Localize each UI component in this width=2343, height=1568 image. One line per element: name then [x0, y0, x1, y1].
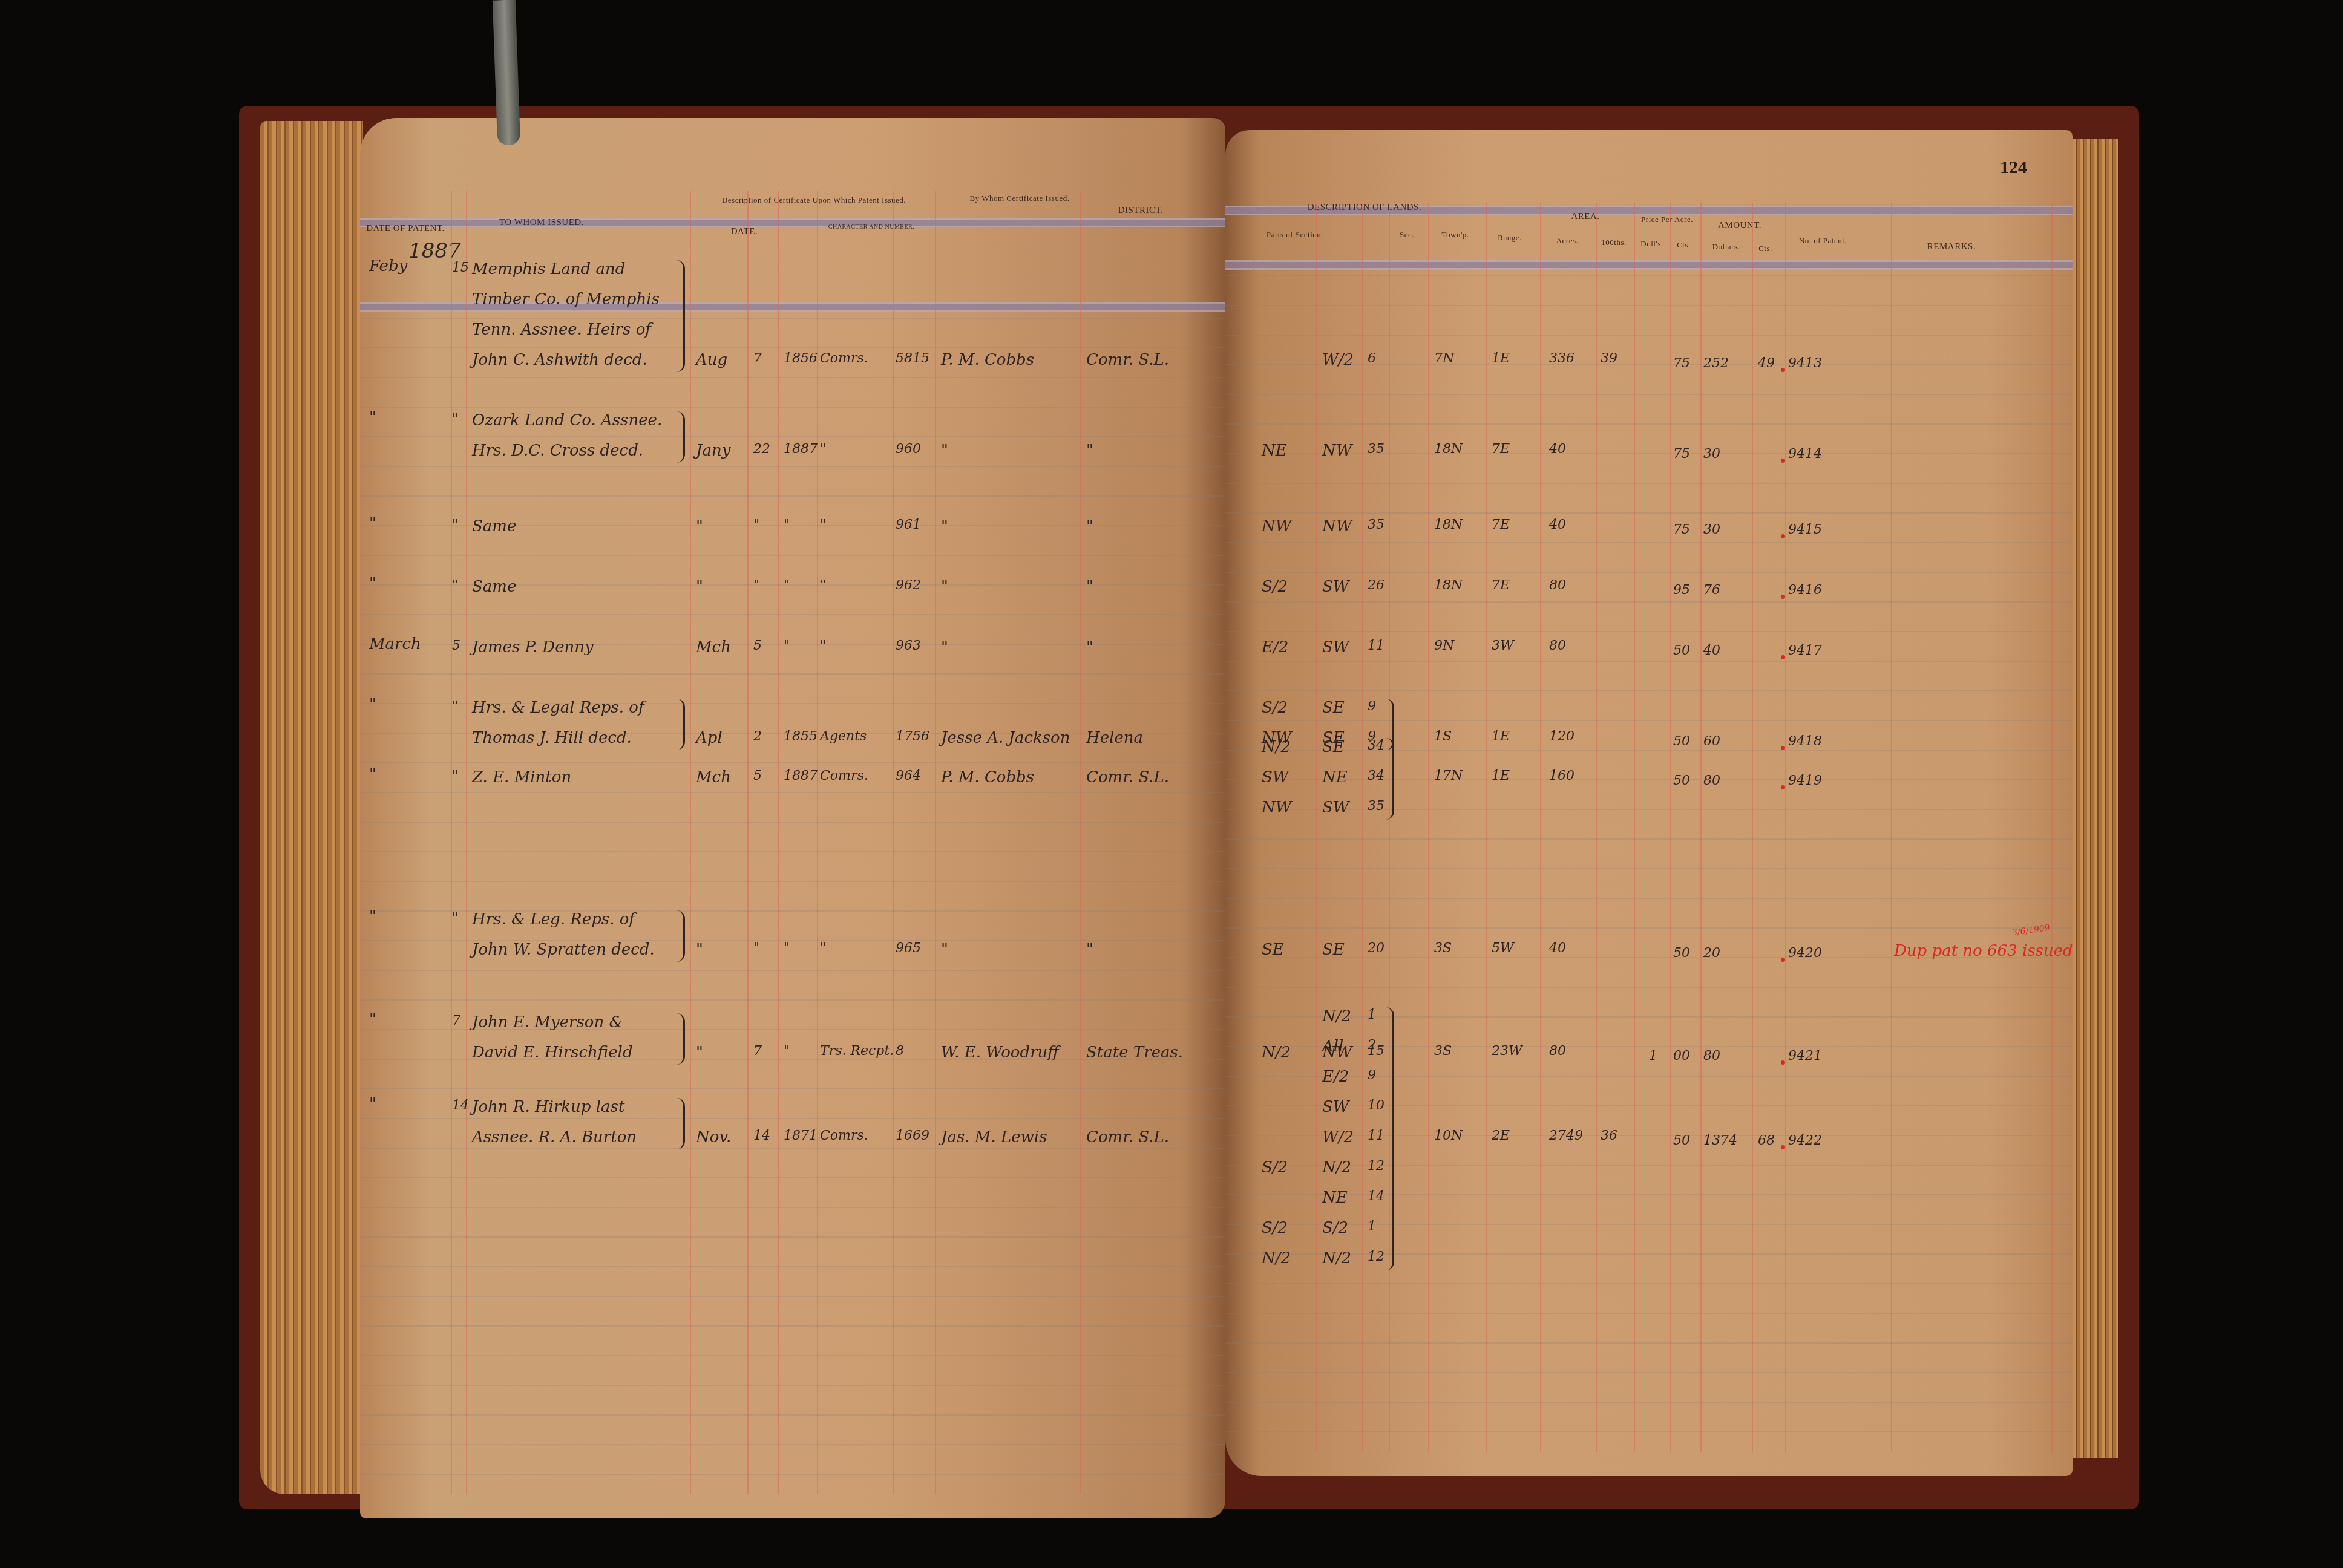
entry-day: "	[452, 578, 458, 593]
entry-cert-month: Mch	[696, 768, 731, 786]
land-section: 1	[1368, 1219, 1376, 1234]
bracket	[675, 910, 685, 962]
entry-patent-number: 9415	[1788, 522, 1822, 537]
entry-district: Comr. S.L.	[1086, 1128, 1169, 1146]
entry-price-cents: 50	[1673, 1133, 1690, 1148]
entry-range: 1E	[1492, 351, 1510, 366]
entry-cert-year: 1855	[784, 729, 818, 744]
entry-amount-dollars: 80	[1703, 773, 1720, 788]
row-rule	[1225, 1105, 2073, 1106]
entry-to-whom: John C. Ashwith decd.	[472, 351, 647, 369]
left-page: DATE OF PATENT. TO WHOM ISSUED. Descript…	[360, 118, 1225, 1518]
header-amount-cts: Cts.	[1752, 244, 1779, 253]
entry-cert-day: 7	[753, 1044, 762, 1059]
land-section: 20	[1368, 941, 1384, 956]
row-rule	[1225, 1342, 2073, 1344]
column-rule	[817, 191, 818, 1494]
entry-cert-character: Comrs.	[820, 1128, 868, 1143]
row-rule	[360, 614, 1225, 615]
column-rule	[690, 191, 691, 1494]
row-rule	[1225, 1165, 2073, 1166]
entry-by-whom: W. E. Woodruff	[941, 1044, 1059, 1062]
entry-cert-month: "	[696, 1044, 703, 1062]
entry-range: 5W	[1492, 941, 1514, 956]
entry-patent-number: 9422	[1788, 1133, 1822, 1148]
row-rule	[1225, 305, 2073, 306]
row-rule	[1225, 423, 2073, 425]
entry-price-cents: 00	[1673, 1048, 1690, 1063]
entry-acres: 160	[1549, 768, 1575, 783]
bracket	[675, 1013, 685, 1065]
row-rule	[360, 1266, 1225, 1267]
entry-cert-character: Comrs.	[820, 351, 868, 366]
entry-range: 7E	[1492, 442, 1510, 457]
entry-by-whom: "	[941, 638, 948, 656]
page-edges-right	[2069, 139, 2118, 1458]
bracket	[675, 260, 685, 372]
entry-district: "	[1086, 638, 1093, 656]
entry-patent-number: 9418	[1788, 734, 1822, 749]
row-rule	[360, 347, 1225, 348]
header-area: AREA.	[1552, 212, 1619, 222]
entry-cert-month: "	[696, 578, 703, 596]
entry-month: "	[369, 575, 376, 593]
bracket	[675, 699, 685, 750]
row-rule	[360, 1236, 1225, 1238]
row-rule	[360, 1177, 1225, 1178]
land-subdivision: NW	[1322, 442, 1352, 460]
entry-patent-number: 9419	[1788, 773, 1822, 788]
land-section: 34	[1368, 768, 1384, 783]
header-dollars: Dollars.	[1700, 242, 1752, 252]
land-part: SW	[1262, 768, 1289, 786]
entry-by-whom: "	[941, 517, 948, 535]
land-part: S/2	[1262, 699, 1288, 717]
column-rule	[1596, 203, 1597, 1452]
land-subdivision: N/2	[1322, 1007, 1351, 1025]
header-date-of-patent: DATE OF PATENT.	[363, 224, 448, 234]
entry-to-whom: Hrs. & Leg. Reps. of	[472, 910, 635, 929]
land-subdivision: SE	[1322, 941, 1345, 959]
row-rule	[1225, 987, 2073, 988]
entry-day: "	[452, 517, 458, 532]
row-rule	[1225, 483, 2073, 484]
red-check-mark	[1781, 785, 1785, 789]
entry-to-whom: Timber Co. of Memphis	[472, 290, 660, 309]
entry-day: 7	[452, 1013, 460, 1028]
entry-township: 1S	[1434, 729, 1452, 744]
land-subdivision: SW	[1322, 578, 1349, 596]
year-heading: 1887	[408, 239, 461, 263]
row-rule	[1225, 661, 2073, 662]
row-rule	[1225, 512, 2073, 514]
entry-to-whom: Ozark Land Co. Assnee.	[472, 411, 662, 430]
land-section: 11	[1368, 638, 1384, 653]
entry-range: 3W	[1492, 638, 1514, 653]
entry-range: 1E	[1492, 768, 1510, 783]
entry-cert-number: 8	[896, 1044, 904, 1059]
entry-to-whom: James P. Denny	[472, 638, 594, 656]
bracket	[675, 1098, 685, 1149]
entry-by-whom: P. M. Cobbs	[941, 351, 1034, 369]
column-rule	[893, 191, 894, 1494]
row-rule	[1225, 631, 2073, 632]
entry-acres: 2749	[1549, 1128, 1583, 1143]
entry-day: 14	[452, 1098, 469, 1113]
header-hundredths: 100ths.	[1596, 238, 1632, 247]
land-part: NW	[1262, 799, 1291, 817]
entry-cert-year: 1887	[784, 442, 818, 457]
column-rule	[1670, 203, 1671, 1452]
entry-district: "	[1086, 442, 1093, 460]
row-rule	[360, 1148, 1225, 1149]
land-subdivision: SE	[1322, 738, 1345, 756]
header-to-whom-issued: TO WHOM ISSUED.	[463, 218, 620, 228]
column-rule	[1785, 203, 1786, 1452]
row-rule	[1225, 453, 2073, 454]
entry-month: "	[369, 1010, 376, 1028]
row-rule	[1225, 1313, 2073, 1314]
row-rule	[360, 822, 1225, 823]
header-price-per-acre: Price Per Acre.	[1634, 215, 1700, 224]
row-rule	[1225, 1253, 2073, 1255]
entry-cert-month: Apl	[696, 729, 723, 747]
entry-cert-character: Agents	[820, 729, 867, 744]
entry-cert-character: Trs. Recpt.	[820, 1044, 894, 1059]
column-rule	[1634, 203, 1635, 1452]
row-rule	[1225, 750, 2073, 751]
column-rule	[1362, 203, 1363, 1452]
entry-amount-dollars: 20	[1703, 946, 1720, 961]
entry-to-whom: Assnee. R. A. Burton	[472, 1128, 637, 1146]
land-section: 2	[1368, 1037, 1376, 1053]
land-part: NE	[1262, 442, 1287, 460]
entry-cert-number: 1669	[896, 1128, 929, 1143]
entry-cert-month: Mch	[696, 638, 731, 656]
column-rule	[2051, 203, 2053, 1452]
entry-by-whom: "	[941, 941, 948, 959]
row-rule	[360, 466, 1225, 467]
entry-acres: 336	[1549, 351, 1575, 366]
entry-cert-month: Aug	[696, 351, 727, 369]
bracket	[1384, 738, 1394, 820]
red-check-mark	[1781, 459, 1785, 463]
entry-day: "	[452, 768, 458, 783]
entry-cert-day: 22	[753, 442, 770, 457]
entry-cert-year: "	[784, 1044, 790, 1059]
row-rule	[1225, 1194, 2073, 1195]
entry-patent-number: 9417	[1788, 643, 1822, 658]
entry-amount-dollars: 60	[1703, 734, 1720, 749]
bracket	[1384, 1007, 1394, 1270]
land-subdivision: All	[1322, 1037, 1343, 1056]
entry-acres-hundredths: 36	[1601, 1128, 1617, 1143]
entry-cert-character: "	[820, 578, 826, 593]
entry-cert-character: "	[820, 941, 826, 956]
entry-amount-cents: 68	[1758, 1133, 1775, 1148]
entry-month: "	[369, 696, 376, 714]
entry-to-whom: David E. Hirschfield	[472, 1044, 633, 1062]
entry-cert-number: 5815	[896, 351, 929, 366]
row-rule	[360, 318, 1225, 319]
entry-cert-number: 963	[896, 638, 921, 653]
entry-price-cents: 50	[1673, 946, 1690, 961]
row-rule	[1225, 1372, 2073, 1373]
land-section: 6	[1368, 351, 1376, 366]
entry-cert-month: "	[696, 517, 703, 535]
entry-amount-dollars: 252	[1703, 356, 1729, 371]
entry-price-cents: 75	[1673, 446, 1690, 462]
land-subdivision: NE	[1322, 768, 1348, 786]
column-rule	[1080, 191, 1081, 1494]
entry-price-cents: 50	[1673, 643, 1690, 658]
row-rule	[360, 792, 1225, 793]
header-no-of-patent: No. of Patent.	[1785, 236, 1861, 246]
entry-day: "	[452, 699, 458, 714]
right-page: 124 DESCRIPTION OF LANDS. Parts of Secti…	[1225, 130, 2073, 1476]
land-part: N/2	[1262, 1249, 1291, 1267]
page-edges-left	[260, 121, 363, 1494]
entry-cert-day: 5	[753, 638, 762, 653]
entry-month: "	[369, 514, 376, 532]
entry-to-whom: John R. Hirkup last	[472, 1098, 624, 1116]
row-rule	[360, 1474, 1225, 1475]
entry-cert-year: "	[784, 517, 790, 532]
row-rule	[1225, 1076, 2073, 1077]
column-rule	[1428, 203, 1429, 1452]
entry-cert-year: "	[784, 638, 790, 653]
land-section: 12	[1368, 1158, 1384, 1174]
red-check-mark	[1781, 534, 1785, 538]
land-subdivision: N/2	[1322, 1249, 1351, 1267]
entry-acres: 120	[1549, 729, 1575, 744]
land-section: 9	[1368, 1068, 1376, 1083]
row-rule	[1225, 868, 2073, 869]
land-section: 11	[1368, 1128, 1384, 1143]
land-part: NW	[1262, 517, 1291, 535]
entry-to-whom: Hrs. D.C. Cross decd.	[472, 442, 643, 460]
column-rule	[935, 191, 936, 1494]
column-rule	[466, 191, 467, 1494]
land-subdivision: E/2	[1322, 1068, 1349, 1086]
red-check-mark	[1781, 595, 1785, 599]
entry-cert-character: "	[820, 442, 826, 457]
row-rule	[1225, 838, 2073, 840]
row-rule	[360, 1207, 1225, 1208]
entry-amount-dollars: 30	[1703, 522, 1720, 537]
row-rule	[1225, 1402, 2073, 1403]
row-rule	[1225, 601, 2073, 603]
column-rule	[1700, 203, 1702, 1452]
entry-by-whom: P. M. Cobbs	[941, 768, 1034, 786]
entry-month: "	[369, 907, 376, 926]
entry-township: 3S	[1434, 1044, 1452, 1059]
entry-range: 7E	[1492, 578, 1510, 593]
row-rule	[1225, 1283, 2073, 1284]
entry-cert-day: "	[753, 517, 759, 532]
row-rule	[360, 762, 1225, 763]
entry-district: "	[1086, 578, 1093, 596]
entry-cert-day: "	[753, 578, 759, 593]
land-subdivision: N/2	[1322, 1158, 1351, 1177]
row-rule	[1225, 690, 2073, 691]
entry-cert-character: "	[820, 638, 826, 653]
land-section: 10	[1368, 1098, 1384, 1113]
land-section: 26	[1368, 578, 1384, 593]
entry-cert-year: 1856	[784, 351, 818, 366]
row-rule	[1225, 898, 2073, 899]
entry-acres: 40	[1549, 517, 1566, 532]
header-by-whom: By Whom Certificate Issued.	[959, 194, 1080, 203]
entry-amount-dollars: 1374	[1703, 1133, 1737, 1148]
row-rule	[360, 495, 1225, 497]
entry-day: 15	[452, 260, 469, 275]
entry-cert-character: "	[820, 517, 826, 532]
row-rule	[360, 999, 1225, 1001]
header-range: Range.	[1486, 233, 1534, 243]
entry-range: 23W	[1492, 1044, 1522, 1059]
header-acres: Acres.	[1540, 236, 1594, 246]
entry-township: 7N	[1434, 351, 1454, 366]
row-rule	[360, 1088, 1225, 1089]
entry-cert-year: 1871	[784, 1128, 818, 1143]
entry-price-cents: 50	[1673, 734, 1690, 749]
row-rule	[360, 1385, 1225, 1386]
land-section: 12	[1368, 1249, 1384, 1264]
entry-acres: 40	[1549, 442, 1566, 457]
entry-township: 18N	[1434, 517, 1463, 532]
row-rule	[1225, 572, 2073, 573]
entry-remarks-date: 3/6/1909	[2011, 923, 2051, 938]
entry-cert-day: 2	[753, 729, 762, 744]
row-rule	[360, 673, 1225, 675]
entry-to-whom: Z. E. Minton	[472, 768, 571, 786]
red-check-mark	[1781, 746, 1785, 750]
row-rule	[360, 1325, 1225, 1327]
entry-acres: 80	[1549, 1044, 1566, 1059]
entry-cert-number: 961	[896, 517, 921, 532]
entry-amount-cents: 49	[1758, 356, 1775, 371]
entry-township: 9N	[1434, 638, 1454, 653]
row-rule	[360, 436, 1225, 437]
row-rule	[360, 1414, 1225, 1416]
entry-township: 10N	[1434, 1128, 1463, 1143]
land-part: N/2	[1262, 738, 1291, 756]
entry-month: "	[369, 765, 376, 783]
entry-cert-year: "	[784, 578, 790, 593]
entry-patent-number: 9414	[1788, 446, 1822, 462]
land-part: S/2	[1262, 578, 1288, 596]
land-part: S/2	[1262, 1219, 1288, 1237]
row-rule	[360, 407, 1225, 408]
land-part: S/2	[1262, 1158, 1288, 1177]
row-rule	[1225, 779, 2073, 780]
header-certificate-group: Description of Certificate Upon Which Pa…	[690, 195, 938, 205]
header-dolls: Doll's.	[1634, 239, 1670, 249]
entry-patent-number: 9416	[1788, 583, 1822, 598]
land-section: 35	[1368, 799, 1384, 814]
entry-cert-number: 962	[896, 578, 921, 593]
row-rule	[360, 555, 1225, 556]
entry-amount-dollars: 30	[1703, 446, 1720, 462]
entry-district: Comr. S.L.	[1086, 351, 1169, 369]
header-parts-of-section: Parts of Section.	[1253, 230, 1337, 240]
entry-patent-number: 9413	[1788, 356, 1822, 371]
land-subdivision: NE	[1322, 1189, 1348, 1207]
header-cert-date: DATE.	[690, 227, 799, 237]
land-section: 9	[1368, 699, 1376, 714]
entry-to-whom: John W. Spratten decd.	[472, 941, 655, 959]
entry-by-whom: Jas. M. Lewis	[941, 1128, 1047, 1146]
entry-amount-dollars: 80	[1703, 1048, 1720, 1063]
row-rule	[1225, 275, 2073, 276]
row-rule	[360, 377, 1225, 378]
entry-cert-day: "	[753, 941, 759, 956]
land-subdivision: SW	[1322, 638, 1349, 656]
header-cts: Cts.	[1670, 240, 1697, 250]
entry-cert-number: 960	[896, 442, 921, 457]
land-subdivision: W/2	[1322, 1128, 1354, 1146]
entry-cert-number: 964	[896, 768, 921, 783]
entry-price-dollars: 1	[1649, 1048, 1657, 1063]
land-subdivision: SW	[1322, 1098, 1349, 1116]
entry-by-whom: "	[941, 442, 948, 460]
row-rule	[1225, 394, 2073, 395]
land-section: 35	[1368, 442, 1384, 457]
entry-month: "	[369, 1095, 376, 1113]
entry-cert-number: 1756	[896, 729, 929, 744]
header-township: Town'p.	[1428, 230, 1483, 240]
land-subdivision: SW	[1322, 799, 1349, 817]
column-rule	[451, 191, 452, 1494]
row-rule	[360, 851, 1225, 852]
column-rule	[1752, 203, 1753, 1452]
row-rule	[360, 1444, 1225, 1445]
header-district: DISTRICT.	[1080, 206, 1201, 216]
entry-amount-dollars: 76	[1703, 583, 1720, 598]
entry-acres: 80	[1549, 638, 1566, 653]
row-rule	[1225, 1016, 2073, 1018]
entry-township: 18N	[1434, 578, 1463, 593]
entry-district: State Treas.	[1086, 1044, 1183, 1062]
entry-district: "	[1086, 517, 1093, 535]
entry-range: 7E	[1492, 517, 1510, 532]
entry-by-whom: "	[941, 578, 948, 596]
land-section: 14	[1368, 1189, 1384, 1204]
land-section: 34	[1368, 738, 1384, 753]
column-rule	[1891, 203, 1892, 1452]
column-rule	[1253, 203, 1254, 1452]
entry-cert-year: 1887	[784, 768, 818, 783]
entry-day: "	[452, 910, 458, 926]
header-sec: Sec.	[1389, 230, 1425, 240]
land-part: N/2	[1262, 1044, 1291, 1062]
entry-cert-month: Nov.	[696, 1128, 731, 1146]
row-rule	[360, 1118, 1225, 1119]
entry-cert-day: 7	[753, 351, 762, 366]
red-check-mark	[1781, 1145, 1785, 1149]
entry-district: Comr. S.L.	[1086, 768, 1169, 786]
red-check-mark	[1781, 368, 1785, 372]
entry-to-whom: Hrs. & Legal Reps. of	[472, 699, 644, 717]
entry-cert-year: "	[784, 941, 790, 956]
land-subdivision: NW	[1322, 517, 1352, 535]
entry-acres-hundredths: 39	[1601, 351, 1617, 366]
entry-patent-number: 9420	[1788, 946, 1822, 961]
red-check-mark	[1781, 1060, 1785, 1065]
header-amount: AMOUNT.	[1703, 221, 1776, 231]
page-number: 124	[2000, 157, 2027, 178]
